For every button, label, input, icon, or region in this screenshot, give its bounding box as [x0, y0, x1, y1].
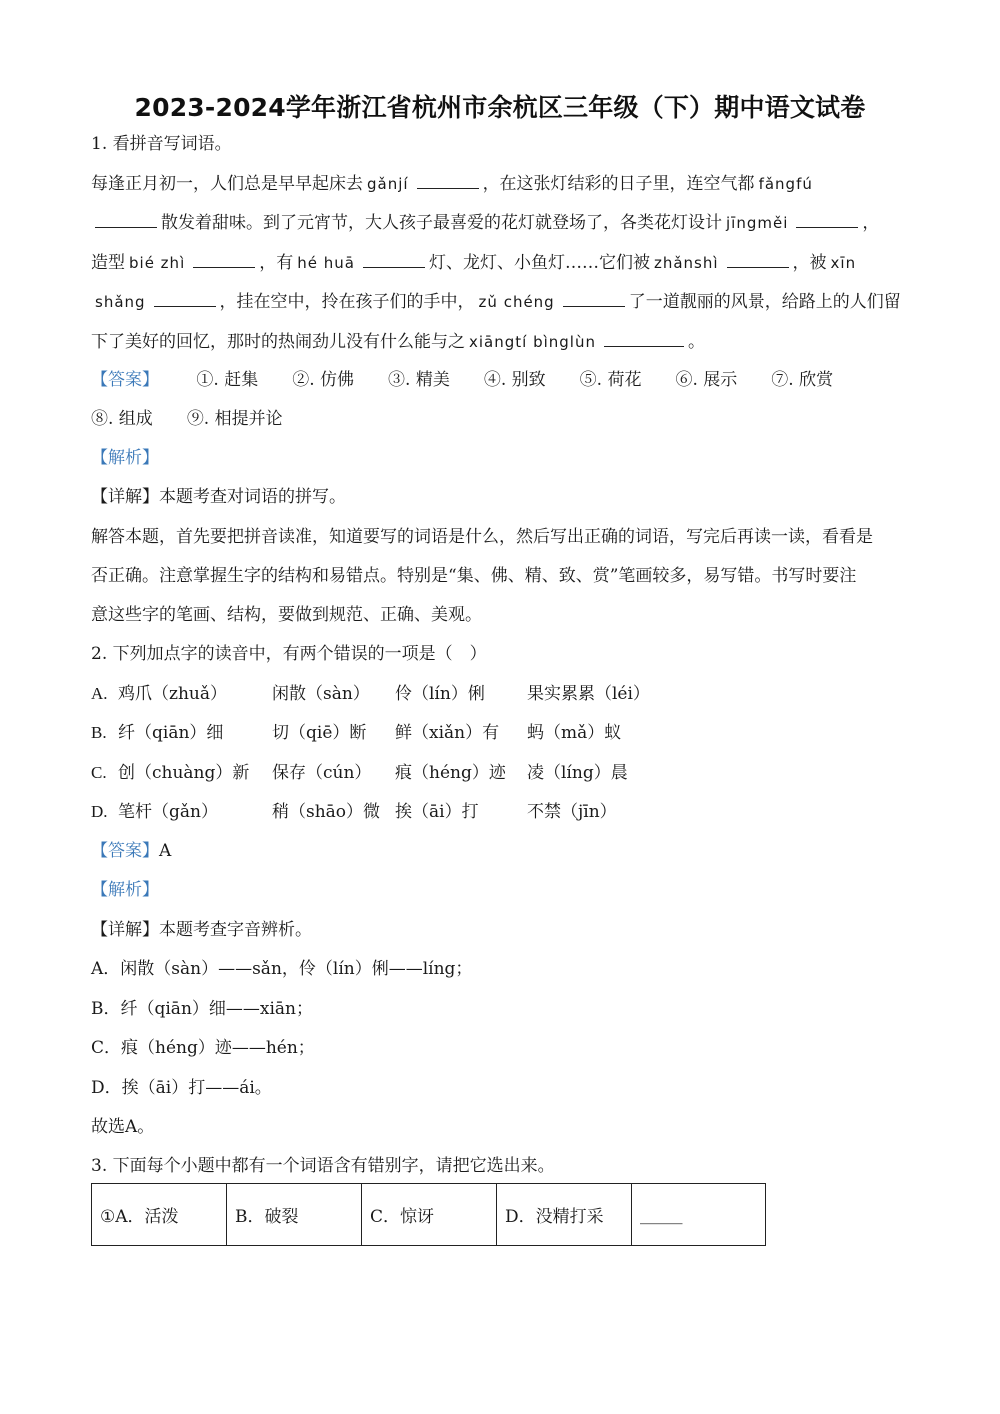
- answer-blank[interactable]: [193, 251, 255, 268]
- q3-option-d: D．没精打采: [497, 1184, 632, 1246]
- pinyin-prompt: fǎngfú: [759, 175, 813, 193]
- option-word: 痕（héng）迹: [395, 762, 506, 784]
- q1-detail-intro: 本题考查对词语的拼写。: [159, 487, 346, 507]
- q1-answer-row-2: ⑧. 组成⑨. 相提并论: [91, 408, 911, 430]
- option-letter: C.: [91, 762, 115, 784]
- q2-option-d[interactable]: D.笔杆（gǎn）稍（shāo）微挨（āi）打不禁（jīn）: [91, 801, 911, 825]
- option-word: 果实累累（léi）: [527, 683, 650, 705]
- pinyin-prompt: xiāngtí bìnglùn: [469, 333, 596, 351]
- passage-text: ，在这张灯结彩的日子里，连空气都: [483, 174, 755, 194]
- q1-answer-item: ①. 赶集: [196, 369, 258, 391]
- pinyin-prompt: xīn: [831, 254, 857, 272]
- q3-option-b: B．破裂: [227, 1184, 362, 1246]
- answer-blank[interactable]: [363, 251, 425, 268]
- page-title: 2023-2024学年浙江省杭州市余杭区三年级（下）期中语文试卷: [0, 88, 1000, 124]
- q1-answer-label: 【答案】: [91, 370, 159, 390]
- passage-text: 每逢正月初一，人们总是早早起床去: [91, 174, 363, 194]
- q1-passage-line: 每逢正月初一，人们总是早早起床去gǎnjí，在这张灯结彩的日子里，连空气都fǎn…: [91, 172, 911, 195]
- q1-answer-item: ③. 精美: [388, 369, 450, 391]
- passage-text: 下了美好的回忆，那时的热闹劲儿没有什么能与之: [91, 332, 465, 352]
- q2-option-c[interactable]: C.创（chuàng）新保存（cún）痕（héng）迹凌（líng）晨: [91, 762, 911, 786]
- passage-text: ，挂在空中，拎在孩子们的手中，: [220, 292, 475, 312]
- q2-explanation-line: A．闲散（sàn）——sǎn，伶（lín）俐——líng；: [91, 958, 911, 980]
- table-row: ①A．活泼 B．破裂 C．惊讶 D．没精打采 _____: [92, 1184, 766, 1246]
- passage-text: 。: [688, 332, 705, 352]
- q1-answer-item: ⑧. 组成: [91, 408, 153, 430]
- option-word: 不禁（jīn）: [527, 801, 617, 823]
- answer-blank[interactable]: [95, 211, 157, 228]
- q2-answer-label: 【答案】: [91, 841, 159, 861]
- option-word: 鲜（xiǎn）有: [395, 722, 499, 744]
- passage-text: 灯、龙灯、小鱼灯……它们被: [429, 253, 650, 273]
- answer-blank[interactable]: [417, 172, 479, 189]
- option-word: 创（chuàng）新: [118, 762, 249, 784]
- q1-answer-list-1: ①. 赶集②. 仿佛③. 精美④. 别致⑤. 荷花⑥. 展示⑦. 欣赏: [164, 370, 833, 390]
- q1-answer-item: ④. 别致: [484, 369, 546, 391]
- q1-answer-item: ⑤. 荷花: [580, 369, 642, 391]
- q2-explanation-line: B．纤（qiān）细——xiān；: [91, 998, 911, 1020]
- q3-option-c: C．惊讶: [362, 1184, 497, 1246]
- answer-blank[interactable]: [563, 290, 625, 307]
- pinyin-prompt: gǎnjí: [367, 175, 409, 193]
- q1-explanation-line: 解答本题，首先要把拼音读准，知道要写的词语是什么，然后写出正确的词语，写完后再读…: [91, 526, 911, 548]
- option-word: 挨（āi）打: [395, 801, 479, 823]
- q1-answer-row-1: 【答案】 ①. 赶集②. 仿佛③. 精美④. 别致⑤. 荷花⑥. 展示⑦. 欣赏: [91, 369, 911, 391]
- q3-number: 3.: [91, 1156, 107, 1176]
- option-word: 切（qiē）断: [272, 722, 366, 744]
- answer-blank[interactable]: [604, 330, 684, 347]
- pinyin-prompt: shǎng: [95, 293, 146, 311]
- option-word: 保存（cún）: [272, 762, 371, 784]
- q1-analysis-label: 【解析】: [91, 447, 911, 469]
- q2-answer-value: A: [159, 841, 171, 861]
- q1-passage-line: 散发着甜味。到了元宵节，大人孩子最喜爱的花灯就登场了，各类花灯设计jīngměi…: [91, 211, 911, 234]
- option-word: 凌（líng）晨: [527, 762, 628, 784]
- answer-blank[interactable]: [727, 251, 789, 268]
- q2-prompt: 下列加点字的读音中，有两个错误的一项是（ ）: [113, 644, 487, 664]
- q3-choice-table: ①A．活泼 B．破裂 C．惊讶 D．没精打采 _____: [91, 1183, 766, 1246]
- q2-explanation-line: C．痕（héng）迹——hén；: [91, 1037, 911, 1059]
- q2-conclusion: 故选A。: [91, 1116, 911, 1138]
- option-word: 伶（lín）俐: [395, 683, 485, 705]
- q3-answer-blank[interactable]: _____: [632, 1184, 766, 1246]
- option-word: 闲散（sàn）: [272, 683, 370, 705]
- passage-text: ，: [862, 213, 879, 233]
- q2-number: 2.: [91, 644, 107, 664]
- q1-answer-item: ⑥. 展示: [675, 369, 737, 391]
- q1-explanation-line: 意这些字的笔画、结构，要做到规范、正确、美观。: [91, 604, 911, 626]
- q3-option-a: ①A．活泼: [92, 1184, 227, 1246]
- option-word: 鸡爪（zhuǎ）: [118, 683, 227, 705]
- option-word: 笔杆（gǎn）: [118, 801, 218, 823]
- answer-blank[interactable]: [154, 290, 216, 307]
- q2-option-b[interactable]: B.纤（qiān）细切（qiē）断鲜（xiǎn）有蚂（mǎ）蚁: [91, 722, 911, 746]
- q1-answer-list-2: ⑧. 组成⑨. 相提并论: [91, 409, 317, 429]
- q1-answer-item: ⑦. 欣赏: [771, 369, 833, 391]
- option-letter: A.: [91, 683, 115, 705]
- q3-prompt: 下面每个小题中都有一个词语含有错别字，请把它选出来。: [113, 1156, 555, 1176]
- q1-heading: 1. 看拼音写词语。: [91, 133, 911, 155]
- passage-text: 造型: [91, 253, 125, 273]
- q1-number: 1.: [91, 134, 107, 154]
- q1-answer-item: ②. 仿佛: [292, 369, 354, 391]
- q1-detail: 【详解】本题考查对词语的拼写。: [91, 486, 911, 508]
- q2-detail: 【详解】本题考查字音辨析。: [91, 919, 911, 941]
- pinyin-prompt: zǔ chéng: [479, 293, 555, 311]
- option-letter: B.: [91, 722, 115, 744]
- option-word: 蚂（mǎ）蚁: [527, 722, 621, 744]
- answer-blank[interactable]: [796, 211, 858, 228]
- q1-passage-line: 造型bié zhì，有hé huā灯、龙灯、小鱼灯……它们被zhǎnshì，被x…: [91, 251, 911, 274]
- pinyin-prompt: jīngměi: [726, 214, 788, 232]
- q2-answer: 【答案】A: [91, 840, 911, 862]
- q2-explanation-line: D．挨（āi）打——ái。: [91, 1077, 911, 1099]
- q1-passage-line: shǎng，挂在空中，拎在孩子们的手中，zǔ chéng了一道靓丽的风景，给路上…: [91, 290, 911, 313]
- q2-heading: 2. 下列加点字的读音中，有两个错误的一项是（ ）: [91, 643, 911, 665]
- q2-detail-intro: 本题考查字音辨析。: [159, 920, 312, 940]
- q2-option-a[interactable]: A.鸡爪（zhuǎ）闲散（sàn）伶（lín）俐果实累累（léi）: [91, 683, 911, 707]
- pinyin-prompt: hé huā: [297, 254, 355, 272]
- passage-text: ，被: [793, 253, 827, 273]
- q1-answer-item: ⑨. 相提并论: [187, 408, 283, 430]
- option-letter: D.: [91, 801, 115, 823]
- q1-detail-label: 【详解】: [91, 487, 159, 507]
- pinyin-prompt: zhǎnshì: [654, 254, 719, 272]
- q3-heading: 3. 下面每个小题中都有一个词语含有错别字，请把它选出来。: [91, 1155, 911, 1177]
- passage-text: 散发着甜味。到了元宵节，大人孩子最喜爱的花灯就登场了，各类花灯设计: [161, 213, 722, 233]
- pinyin-prompt: bié zhì: [129, 254, 185, 272]
- passage-text: ，有: [259, 253, 293, 273]
- q1-prompt: 看拼音写词语。: [113, 134, 232, 154]
- passage-text: 了一道靓丽的风景，给路上的人们留: [629, 292, 901, 312]
- q2-analysis-label: 【解析】: [91, 879, 911, 901]
- q1-explanation-line: 否正确。注意掌握生字的结构和易错点。特别是“集、佛、精、致、赏”笔画较多，易写错…: [91, 565, 911, 587]
- q1-passage-line: 下了美好的回忆，那时的热闹劲儿没有什么能与之xiāngtí bìnglùn。: [91, 330, 911, 353]
- option-word: 纤（qiān）细: [118, 722, 223, 744]
- option-word: 稍（shāo）微: [272, 801, 380, 823]
- q2-detail-label: 【详解】: [91, 920, 159, 940]
